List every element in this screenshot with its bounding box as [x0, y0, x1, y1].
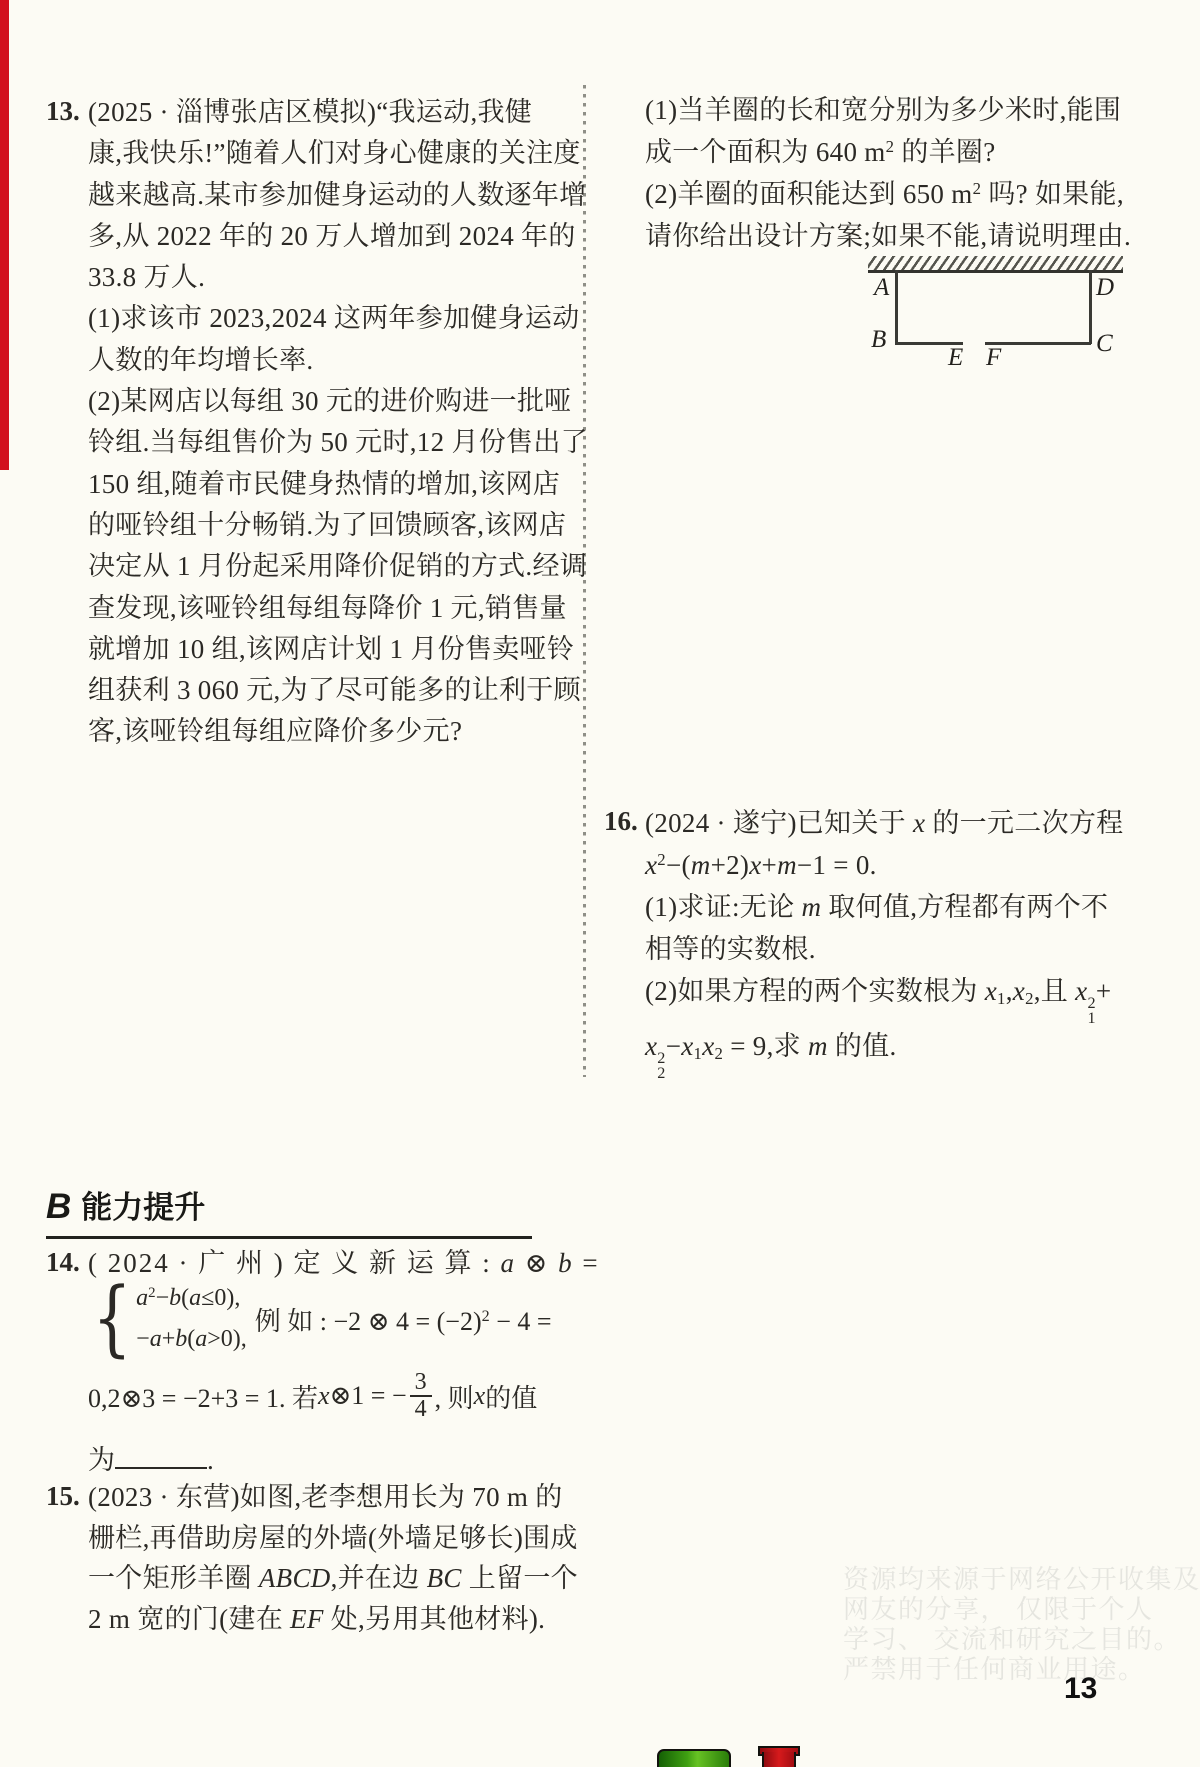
var: a: [195, 1326, 207, 1352]
text-run: 处,另用其他材料).: [324, 1604, 546, 1634]
var: a: [189, 1285, 201, 1311]
text-line: 多,从 2022 年的 20 万人增加到 2024 年的: [88, 216, 588, 257]
problem-13-number: 13.: [46, 96, 80, 127]
bottom-red-graphic-body: [762, 1752, 796, 1767]
text-line: 就增加 10 组,该网店计划 1 月份售卖哑铃: [88, 629, 588, 670]
op: −1 = 0.: [797, 850, 877, 880]
piecewise-cases: a2−b(a≤0), −a+b(a>0),: [136, 1278, 247, 1360]
left-brace: {: [93, 1280, 132, 1358]
answer-blank: [115, 1440, 207, 1469]
section-b-badge: B: [46, 1187, 71, 1226]
text-run: (2024 · 遂宁)已知关于: [645, 808, 913, 838]
numerator: 3: [410, 1370, 432, 1397]
text-line: 越来越高.某市参加健身运动的人数逐年增: [88, 175, 588, 216]
var-m: m: [801, 892, 821, 922]
var-x: x: [474, 1381, 486, 1411]
index: 2: [1025, 989, 1034, 1008]
var: b: [175, 1326, 187, 1352]
text-run: (1)求证:无论: [645, 892, 801, 922]
index: 1: [997, 989, 1006, 1008]
text-run: .: [207, 1445, 214, 1475]
vertex-label-c: C: [1096, 330, 1113, 358]
text-line: (1)当羊圈的长和宽分别为多少米时,能围: [645, 89, 1131, 131]
vertex-label-b: B: [871, 326, 886, 354]
text-run: 一个矩形羊圈: [88, 1563, 259, 1593]
exponent: 2: [482, 1308, 490, 1325]
denominator: 4: [410, 1397, 432, 1422]
text-line: (2024 · 遂宁)已知关于 x 的一元二次方程: [645, 802, 1123, 844]
index: 2: [657, 1066, 665, 1081]
text-line: 康,我快乐!”随着人们对身心健康的关注度: [88, 133, 588, 174]
text-line: (1)求证:无论 m 取何值,方程都有两个不: [645, 886, 1123, 928]
text-line: 组获利 3 060 元,为了尽可能多的让利于顾: [88, 670, 588, 711]
text-run: 的值.: [828, 1031, 897, 1061]
text-line: 人数的年均增长率.: [88, 340, 588, 381]
door-label-e: E: [948, 344, 963, 372]
text-run: 取何值,方程都有两个不: [821, 892, 1108, 922]
text-run: 的值: [485, 1378, 537, 1415]
text-line: 2 m 宽的门(建在 EF 处,另用其他材料).: [88, 1599, 578, 1640]
label-ef: EF: [290, 1604, 324, 1634]
text-run: − 4 =: [490, 1307, 552, 1336]
text-run: , 则: [435, 1378, 474, 1415]
problem-16-text: (2024 · 遂宁)已知关于 x 的一元二次方程 x2−(m+2)x+m−1 …: [645, 802, 1123, 1081]
var-b: b: [558, 1248, 574, 1278]
op: −: [666, 1031, 682, 1061]
sup-sub-stack: 22: [657, 1051, 665, 1080]
text-line: 决定从 1 月份起采用降价促销的方式.经调: [88, 546, 588, 587]
page-number: 13: [1064, 1672, 1097, 1706]
problem-16-number: 16.: [604, 806, 638, 837]
problem-13-subquestions: (1)当羊圈的长和宽分别为多少米时,能围 成一个面积为 640 m2 的羊圈? …: [645, 89, 1131, 257]
problem-14-line3: 0,2⊗3 = −2+3 = 1. 若 x⊗1 = −34, 则 x 的值: [88, 1368, 537, 1424]
vertex-label-d: D: [1096, 274, 1114, 302]
text-line: (2023 · 东营)如图,老李想用长为 70 m 的: [88, 1477, 578, 1518]
scanned-workbook-page: 13. (2025 · 淄博张店区模拟)“我运动,我健 康,我快乐!”随着人们对…: [0, 0, 1200, 1767]
watermark-line: 资源均来源于网络公开收集及: [843, 1565, 1200, 1595]
var: a: [136, 1285, 148, 1311]
text-line: 铃组.当每组售价为 50 元时,12 月份售出了: [88, 422, 588, 463]
equation-line: x2−(m+2)x+m−1 = 0.: [645, 844, 1123, 886]
problem-14-piecewise: { a2−b(a≤0), −a+b(a>0), 例 如 : −2 ⊗ 4 = (…: [86, 1278, 552, 1360]
problem-14-answer-line: 为.: [88, 1438, 214, 1477]
text-line: 33.8 万人.: [88, 257, 588, 298]
var: x: [749, 850, 761, 880]
var-x: x: [913, 808, 925, 838]
var: x: [1075, 976, 1087, 1006]
otimes-operator: ⊗: [516, 1248, 558, 1278]
section-b-title: 能力提升: [81, 1190, 205, 1225]
op: −: [156, 1285, 170, 1311]
text-run: 的羊圈?: [894, 137, 995, 167]
var: x: [645, 1031, 657, 1061]
text-line: (1)求该市 2023,2024 这两年参加健身运动: [88, 298, 588, 339]
text-line: 请你给出设计方案;如果不能,请说明理由.: [645, 215, 1131, 257]
section-b-header: B能力提升: [46, 1182, 532, 1239]
exponent: 2: [973, 179, 982, 198]
text-line: (2)如果方程的两个实数根为 x1,x2,且 x21+: [645, 970, 1123, 1025]
watermark: 资源均来源于网络公开收集及 网友的分享， 仅限于个人 学习、 交流和研究之目的。…: [843, 1565, 1200, 1685]
exponent: 2: [657, 850, 666, 869]
case-2: −a+b(a>0),: [136, 1319, 247, 1360]
left-edge-red-stripe: [0, 0, 9, 470]
watermark-line: 学习、 交流和研究之目的。: [843, 1625, 1200, 1655]
watermark-line: 严禁用于任何商业用途。: [843, 1655, 1200, 1685]
problem-15-number: 15.: [46, 1481, 80, 1512]
equation-line: x22−x1x2 = 9,求 m 的值.: [645, 1025, 1123, 1080]
var: b: [169, 1285, 181, 1311]
door-label-f: F: [986, 344, 1001, 372]
text-run: 上留一个: [462, 1563, 578, 1593]
watermark-line: 网友的分享， 仅限于个人: [843, 1595, 1200, 1625]
index: 1: [694, 1044, 703, 1063]
text-run: 吗? 如果能,: [981, 179, 1124, 209]
exponent: 2: [148, 1285, 155, 1301]
var-m: m: [808, 1031, 828, 1061]
problem-14-number: 14.: [46, 1247, 80, 1278]
condition: >0),: [207, 1326, 247, 1352]
var: x: [1013, 976, 1025, 1006]
text-run: 的一元二次方程: [925, 808, 1123, 838]
paren: (: [181, 1285, 189, 1311]
text-run: = 9,求: [723, 1031, 808, 1061]
text-line: (2)羊圈的面积能达到 650 m2 吗? 如果能,: [645, 173, 1131, 215]
wall-hatching: [868, 256, 1123, 273]
index: 2: [715, 1044, 724, 1063]
exponent: 2: [886, 137, 895, 156]
op: −(: [666, 850, 691, 880]
op: +: [1096, 976, 1112, 1006]
text-line: 150 组,随着市民健身热情的增加,该网店: [88, 464, 588, 505]
label-abcd: ABCD: [259, 1563, 331, 1593]
side-ab: [895, 270, 898, 344]
var-x: x: [318, 1381, 330, 1411]
example-text: 例 如 : −2 ⊗ 4 = (−2)2 − 4 =: [255, 1301, 552, 1338]
text-line: (2)某网店以每组 30 元的进价购进一批哑: [88, 381, 588, 422]
label-bc: BC: [427, 1563, 462, 1593]
var: m: [691, 850, 711, 880]
side-dc: [1089, 270, 1092, 344]
text-line: 相等的实数根.: [645, 928, 1123, 970]
problem-15-text: (2023 · 东营)如图,老李想用长为 70 m 的 栅栏,再借助房屋的外墙(…: [88, 1477, 578, 1639]
text-run: =: [574, 1248, 600, 1278]
var: x: [985, 976, 997, 1006]
text-line: (2025 · 淄博张店区模拟)“我运动,我健: [88, 92, 588, 133]
text-run: ( 2024 · 广 州 ) 定 义 新 运 算 :: [88, 1248, 500, 1278]
text-run: 0,2⊗3 = −2+3 = 1. 若: [88, 1378, 318, 1415]
text-line: 客,该哑铃组每组应降价多少元?: [88, 711, 588, 752]
text-run: ,并在边: [331, 1563, 427, 1593]
problem-13-text: (2025 · 淄博张店区模拟)“我运动,我健 康,我快乐!”随着人们对身心健康…: [88, 92, 588, 753]
op: +: [162, 1326, 176, 1352]
sheep-pen-figure: A D B C E F: [860, 252, 1130, 370]
text-run: ,且: [1034, 976, 1075, 1006]
text-run: (2)如果方程的两个实数根为: [645, 976, 985, 1006]
text-run: 2 m 宽的门(建在: [88, 1604, 290, 1634]
index: 1: [1087, 1011, 1095, 1026]
op: −: [136, 1326, 150, 1352]
text-line: 的哑铃组十分畅销.为了回馈顾客,该网店: [88, 505, 588, 546]
text-line: 查发现,该哑铃组每组每降价 1 元,销售量: [88, 588, 588, 629]
text-line: 一个矩形羊圈 ABCD,并在边 BC 上留一个: [88, 1558, 578, 1599]
var: x: [681, 1031, 693, 1061]
text-line: 栅栏,再借助房屋的外墙(外墙足够长)围成: [88, 1518, 578, 1559]
text-run: (2)羊圈的面积能达到 650 m: [645, 179, 973, 209]
var: x: [702, 1031, 714, 1061]
var-a: a: [500, 1248, 516, 1278]
op: +2): [711, 850, 750, 880]
text-run: 例 如 : −2 ⊗ 4 = (−2): [255, 1307, 482, 1336]
text-line: 成一个面积为 640 m2 的羊圈?: [645, 131, 1131, 173]
sup-sub-stack: 21: [1087, 996, 1095, 1025]
text-run: ⊗1 = −: [330, 1381, 407, 1411]
text-run: 为: [88, 1445, 115, 1475]
vertex-label-a: A: [874, 274, 889, 302]
bottom-green-graphic: [657, 1749, 731, 1767]
condition: ≤0),: [201, 1285, 240, 1311]
var: m: [777, 850, 797, 880]
op: +: [762, 850, 778, 880]
case-1: a2−b(a≤0),: [136, 1278, 247, 1319]
var: x: [645, 850, 657, 880]
text-run: 成一个面积为 640 m: [645, 137, 886, 167]
text-run: ,: [1006, 976, 1013, 1006]
fraction-three-quarters: 34: [410, 1370, 432, 1422]
var: a: [150, 1326, 162, 1352]
